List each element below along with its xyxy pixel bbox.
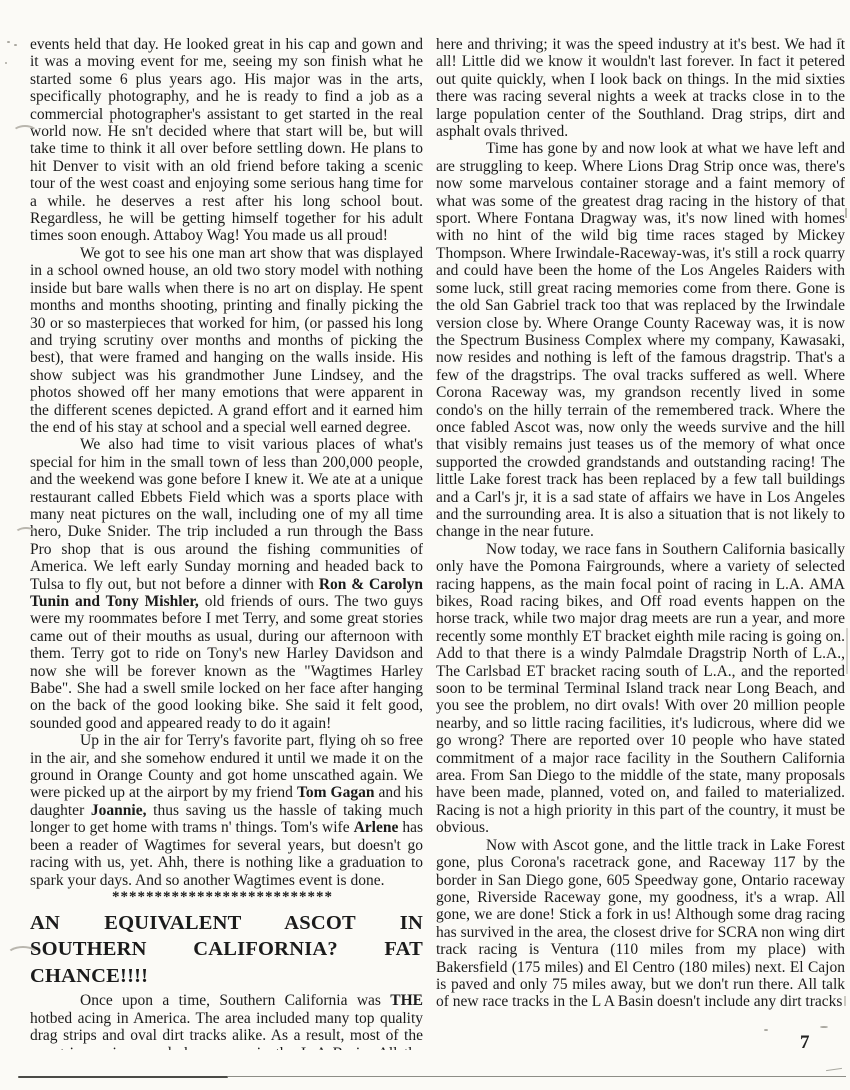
paragraph: Time has gone by and now look at what we… <box>436 140 845 540</box>
paragraph: Up in the air for Terry's favorite part,… <box>30 732 423 889</box>
scan-speck <box>7 41 10 43</box>
bold-name: Arlene <box>354 819 399 836</box>
paragraph: Once upon a time, Southern California wa… <box>30 992 423 1050</box>
scan-speck <box>5 62 7 64</box>
paragraph: Now today, we race fans in Southern Cali… <box>436 541 845 837</box>
scan-speck <box>764 1029 768 1031</box>
paragraph: We also had time to visit various places… <box>30 436 423 732</box>
document-page: events held that day. He looked great in… <box>0 0 850 1090</box>
bold-name: Tom Gagan <box>297 784 375 801</box>
scan-edge-mark <box>844 996 846 1006</box>
paragraph: Now with Ascot gone, and the little trac… <box>436 837 845 1011</box>
scan-speck <box>838 38 842 40</box>
right-column: here and thriving; it was the speed indu… <box>436 36 845 1050</box>
scan-bottom-edge-light <box>228 1076 846 1077</box>
page-number: 7 <box>800 1032 810 1054</box>
scan-artifact-curl <box>12 125 38 141</box>
bold-name: Joannie, <box>91 802 147 819</box>
scan-speck <box>14 44 17 46</box>
scan-artifact-curl <box>14 527 38 542</box>
article-heading: AN EQUIVALENT ASCOT IN SOUTHERN CALIFORN… <box>30 910 423 990</box>
scan-edge-mark <box>845 208 847 218</box>
text-run: hotbed acing in America. The area includ… <box>30 1010 423 1050</box>
text-run: old friends of ours. The two guys were m… <box>30 593 423 732</box>
scan-artifact-curl <box>6 946 40 966</box>
asterisk-divider: ************************** <box>30 889 423 906</box>
paragraph: here and thriving; it was the speed indu… <box>436 36 845 140</box>
scan-bottom-tick <box>826 1068 842 1071</box>
paragraph: events held that day. He looked great in… <box>30 36 423 245</box>
text-run: We also had time to visit various places… <box>30 436 423 592</box>
paragraph: We got to see his one man art show that … <box>30 245 423 436</box>
left-column: events held that day. He looked great in… <box>30 36 423 1050</box>
scan-bottom-edge-dark <box>18 1076 228 1078</box>
bold-emphasis: THE <box>390 992 423 1009</box>
scan-edge-mark <box>846 628 848 674</box>
text-run: Once upon a time, Southern California wa… <box>80 992 390 1009</box>
scan-speck <box>820 1026 828 1028</box>
